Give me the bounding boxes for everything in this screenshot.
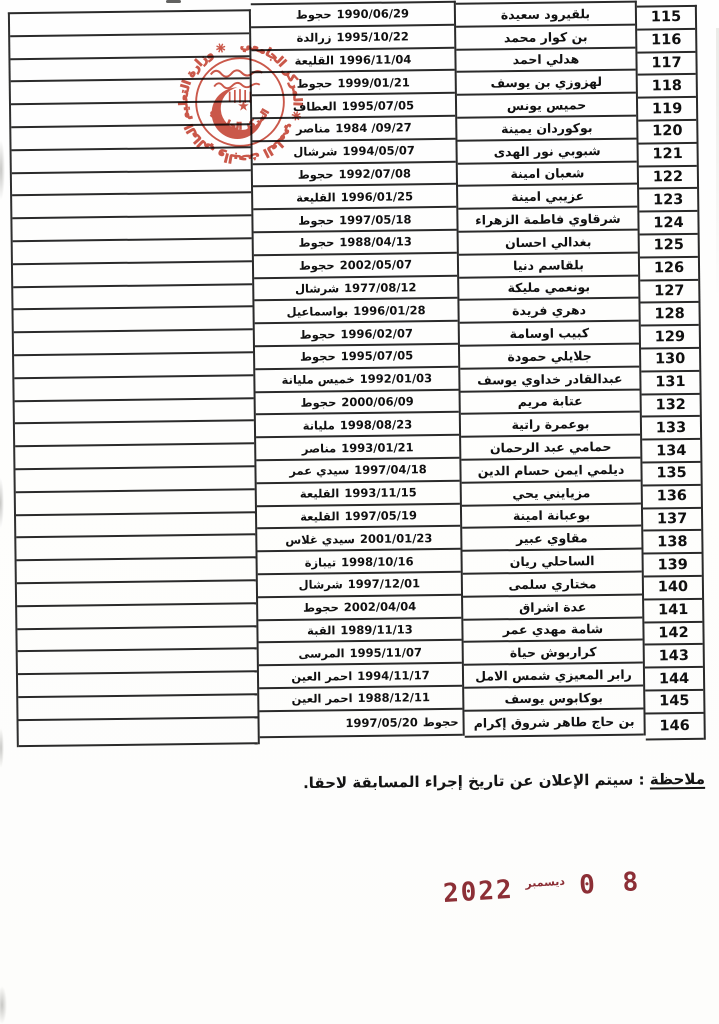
empty-cell <box>16 513 255 539</box>
birth-date: 1988/04/13 <box>339 235 412 250</box>
rank-number-cell: 123 <box>639 189 697 213</box>
note-separator: : <box>633 770 650 788</box>
empty-cell <box>14 376 253 402</box>
rank-number-cell: 117 <box>637 52 695 76</box>
date-place-cell: 1992/01/03خميس مليانة <box>255 368 458 393</box>
birth-place: حجوط <box>299 258 335 272</box>
birth-place: المرسى <box>298 646 344 661</box>
birth-date: 1977/08/12 <box>344 280 417 295</box>
birth-date: 1990/06/29 <box>336 7 409 22</box>
date-place-cell: 1995/07/05حجوط <box>255 345 458 370</box>
official-seal: وزارة التعليم العالي والبحث العلمي ✳ الم… <box>154 16 326 188</box>
empty-cell <box>18 672 257 698</box>
birth-date: 1996/11/04 <box>339 52 412 67</box>
rank-number-cell: 118 <box>638 75 696 99</box>
candidate-name-cell: بوكابوس يوسف <box>464 686 643 711</box>
birth-date: 1993/01/21 <box>341 440 414 455</box>
rank-number-cell: 138 <box>643 531 701 555</box>
date-place-cell: 2002/05/07حجوط <box>254 254 457 279</box>
birth-date: 2002/04/04 <box>344 599 417 614</box>
date-place-cell: 1988/04/13حجوط <box>254 231 457 256</box>
birth-date: 1997/05/19 <box>344 508 417 523</box>
date-place-cell: 1996/01/25القليعة <box>253 185 456 210</box>
birth-date: 1995/07/05 <box>341 349 414 364</box>
rank-number-cell: 125 <box>640 235 698 259</box>
birth-date: 2000/06/09 <box>341 394 414 409</box>
birth-place: مليانة <box>303 418 335 432</box>
birth-date: 1998/10/16 <box>341 554 414 569</box>
date-place-cell: 2001/01/23سيدي غلاس <box>257 527 460 552</box>
candidate-name-cell: بوكوردان يمينة <box>457 117 636 142</box>
rank-number-cell: 144 <box>645 668 703 692</box>
rank-number-cell: 121 <box>639 144 697 168</box>
empty-cell <box>15 444 254 470</box>
empty-cell <box>13 239 252 265</box>
column-name: بلقيرود سعيدةبن كوار محمدهدلي احمدلهزوزي… <box>456 1 646 738</box>
candidate-name-cell: شامة مهدي عمر <box>463 618 642 643</box>
birth-place: تيبازة <box>305 555 337 569</box>
birth-date: 1996/02/07 <box>340 326 413 341</box>
date-place-cell: 1997/05/19القليعة <box>257 504 460 529</box>
rank-number-cell: 128 <box>640 303 698 327</box>
rank-number-cell: 127 <box>640 280 698 304</box>
birth-date: 1994/05/07 <box>342 143 415 158</box>
empty-cell <box>16 536 255 562</box>
date-place-cell: 1996/02/07حجوط <box>255 322 458 347</box>
birth-date: 1998/08/23 <box>340 417 413 432</box>
note-label: ملاحظة <box>650 770 705 789</box>
empty-cell <box>17 558 256 584</box>
scan-mark <box>166 0 181 3</box>
date-place-cell: 1977/08/12شرشال <box>254 276 457 301</box>
rank-number-cell: 145 <box>645 691 703 715</box>
date-place-cell: 1993/01/21مناصر <box>256 436 459 461</box>
candidate-name-cell: جلايلي حمودة <box>460 345 639 370</box>
birth-date: 1989/11/13 <box>340 622 413 637</box>
birth-place: القليعة <box>300 509 340 523</box>
rank-number-cell: 137 <box>643 508 701 532</box>
date-place-cell: 1988/12/11احمر العين <box>259 687 462 712</box>
rank-number-cell: 129 <box>641 326 699 350</box>
candidate-name-cell: مختاري سلمى <box>463 572 642 597</box>
birth-place: احمر العين <box>292 691 353 706</box>
rank-number-cell: 135 <box>642 463 700 487</box>
birth-date: 1997/04/18 <box>354 463 427 478</box>
candidate-name-cell: مزيايني يحي <box>462 481 641 506</box>
date-place-cell: 1997/12/01شرشال <box>258 573 461 598</box>
birth-date: 1995/11/07 <box>349 645 422 660</box>
birth-date: 2001/01/23 <box>360 531 433 546</box>
date-place-cell: 1996/01/28بواسماعيل <box>254 299 457 324</box>
birth-place: القليعة <box>300 486 340 500</box>
empty-cell <box>17 581 256 607</box>
date-place-cell: 1998/10/16تيبازة <box>257 550 460 575</box>
empty-cell <box>13 262 252 288</box>
empty-cell <box>17 604 256 630</box>
birth-place: مناصر <box>302 441 337 455</box>
date-place-cell: حجوط1997/05/20 <box>259 709 462 737</box>
empty-cell <box>15 399 254 425</box>
birth-date: 1999/01/21 <box>337 75 410 90</box>
birth-place: حجوط <box>423 715 459 729</box>
candidate-name-cell: شبوبي نور الهدى <box>457 139 636 164</box>
candidate-name-cell: لهزوزي بن يوسف <box>457 71 636 96</box>
birth-date: 1993/11/15 <box>344 485 417 500</box>
birth-place: حجوط <box>300 350 336 364</box>
rank-number-cell: 136 <box>643 486 701 510</box>
birth-place: حجوط <box>303 600 339 614</box>
candidate-name-cell: بغدالي احسان <box>459 231 638 256</box>
rank-number-cell: 131 <box>641 372 699 396</box>
birth-date: 1997/05/20 <box>345 715 418 730</box>
rank-number-cell: 132 <box>642 394 700 418</box>
rank-number-cell: 120 <box>638 121 696 145</box>
candidate-name-cell: بلقاسم دنيا <box>459 253 638 278</box>
seal-calligraphy-stroke <box>211 70 263 76</box>
candidate-name-cell: كراربوش حياة <box>464 641 643 666</box>
empty-cell <box>12 194 251 220</box>
candidate-name-cell: بوعمرة راتية <box>461 413 640 438</box>
candidate-name-cell: حمامي عبد الرحمان <box>461 436 640 461</box>
date-place-cell: 1989/11/13القبة <box>258 618 461 643</box>
rank-number-cell: 122 <box>639 166 697 190</box>
rank-number-cell: 115 <box>637 7 695 31</box>
candidate-name-cell: عتابة مريم <box>461 390 640 415</box>
birth-place: حجوط <box>300 395 336 409</box>
candidate-name-cell: رابر المعيزي شمس الامل <box>464 664 643 689</box>
birth-place: شرشال <box>295 281 339 296</box>
candidate-name-cell: عدة اشراق <box>463 595 642 620</box>
birth-date: 1995/07/05 <box>342 98 415 113</box>
rank-number-cell: 116 <box>637 30 695 54</box>
empty-cell <box>15 422 254 448</box>
empty-cell <box>12 216 251 242</box>
empty-cell <box>18 695 257 721</box>
rank-number-cell: 134 <box>642 440 700 464</box>
birth-place: حجوط <box>299 236 335 250</box>
scanned-page: 1990/06/29حجوط1995/10/22زرالدة1996/11/04… <box>0 0 719 1024</box>
empty-cell <box>15 467 254 493</box>
stamp-year: 2022 <box>442 876 514 908</box>
birth-date: 1988/12/11 <box>357 690 430 705</box>
candidate-name-cell: هدلي احمد <box>456 48 635 73</box>
birth-date: 1992/01/03 <box>360 371 433 386</box>
date-place-cell: 2002/04/04حجوط <box>258 595 461 620</box>
date-place-cell: 1997/05/18حجوط <box>253 208 456 233</box>
candidate-name-cell: دهري فريدة <box>459 299 638 324</box>
birth-place: سيدي غلاس <box>285 532 355 547</box>
birth-place: بواسماعيل <box>286 304 348 319</box>
birth-place: القبة <box>307 623 335 637</box>
candidate-name-cell: بلقيرود سعيدة <box>456 3 635 28</box>
candidate-name-cell: مقاوي عبير <box>462 527 641 552</box>
rank-number-cell: 142 <box>644 622 702 646</box>
rank-number-cell: 140 <box>644 577 702 601</box>
rank-number-cell: 133 <box>642 417 700 441</box>
empty-cell <box>13 285 252 311</box>
candidate-name-cell: بونعمي مليكة <box>459 276 638 301</box>
stamp-day: 0 8 <box>578 868 645 900</box>
birth-date: 1997/05/18 <box>339 212 412 227</box>
empty-cell <box>16 490 255 516</box>
birth-place: سيدي عمر <box>289 463 349 478</box>
empty-cell <box>14 353 253 379</box>
rank-number-cell: 139 <box>644 554 702 578</box>
date-place-cell: 1994/11/17احمر العين <box>259 664 462 689</box>
empty-cell <box>18 650 257 676</box>
candidate-name-cell: بن كوار محمد <box>456 25 635 50</box>
birth-date: 1995/10/22 <box>336 30 409 45</box>
candidate-name-cell: كبيب اوسامة <box>460 322 639 347</box>
birth-date: 1996/01/25 <box>341 189 414 204</box>
column-number: 1151161171181191201211221231241251261271… <box>637 5 706 740</box>
rank-number-cell: 124 <box>639 212 697 236</box>
candidate-name-cell: ديلمي ايمن حسام الدين <box>461 459 640 484</box>
candidate-name-cell: الساحلي ريان <box>462 550 641 575</box>
birth-date: 1994/11/17 <box>357 668 430 683</box>
date-place-cell: 1995/11/07المرسى <box>259 641 462 666</box>
rank-number-cell: 130 <box>641 349 699 373</box>
candidate-name-cell: حميس يونس <box>457 94 636 119</box>
empty-cell <box>14 330 253 356</box>
rank-number-cell: 141 <box>644 600 702 624</box>
empty-cell <box>19 718 258 747</box>
rank-number-cell: 119 <box>638 98 696 122</box>
candidate-name-cell: عزيبي امينة <box>458 185 637 210</box>
birth-place: القليعة <box>296 190 336 204</box>
date-place-cell: 1993/11/15القليعة <box>257 482 460 507</box>
date-place-cell: 1997/04/18سيدي عمر <box>256 459 459 484</box>
birth-place: شرشال <box>299 578 343 593</box>
date-place-cell: 2000/06/09حجوط <box>256 390 459 415</box>
birth-place: حجوط <box>300 327 336 341</box>
candidate-name-cell: عبدالقادر خداوي يوسف <box>460 367 639 392</box>
note-text: سيتم الإعلان عن تاريخ إجراء المسابقة لاح… <box>303 771 634 792</box>
birth-date: 1984 /09/27 <box>335 121 412 136</box>
stamp-month: ديسمبر <box>525 876 565 890</box>
birth-date: 2002/05/07 <box>340 257 413 272</box>
birth-date: 1997/12/01 <box>348 577 421 592</box>
birth-place: خميس مليانة <box>282 372 355 387</box>
rank-number-cell: 126 <box>640 258 698 282</box>
birth-date: 1992/07/08 <box>338 166 411 181</box>
birth-place: احمر العين <box>291 669 352 684</box>
seal-star-icon: ★ <box>237 99 249 115</box>
rank-number-cell: 143 <box>645 645 703 669</box>
birth-date: 1996/01/28 <box>353 303 426 318</box>
candidate-name-cell: بوعبانة امينة <box>462 504 641 529</box>
candidate-name-cell: بن حاج طاهر شروق إكرام <box>464 709 643 737</box>
candidate-name-cell: شعبان امينة <box>458 162 637 187</box>
candidate-name-cell: شرقاوي فاطمة الزهراء <box>458 208 637 233</box>
empty-cell <box>14 308 253 334</box>
date-place-cell: 1998/08/23مليانة <box>256 413 459 438</box>
rank-number-cell: 146 <box>645 714 703 741</box>
birth-place: حجوط <box>298 213 334 227</box>
empty-cell <box>17 627 256 653</box>
